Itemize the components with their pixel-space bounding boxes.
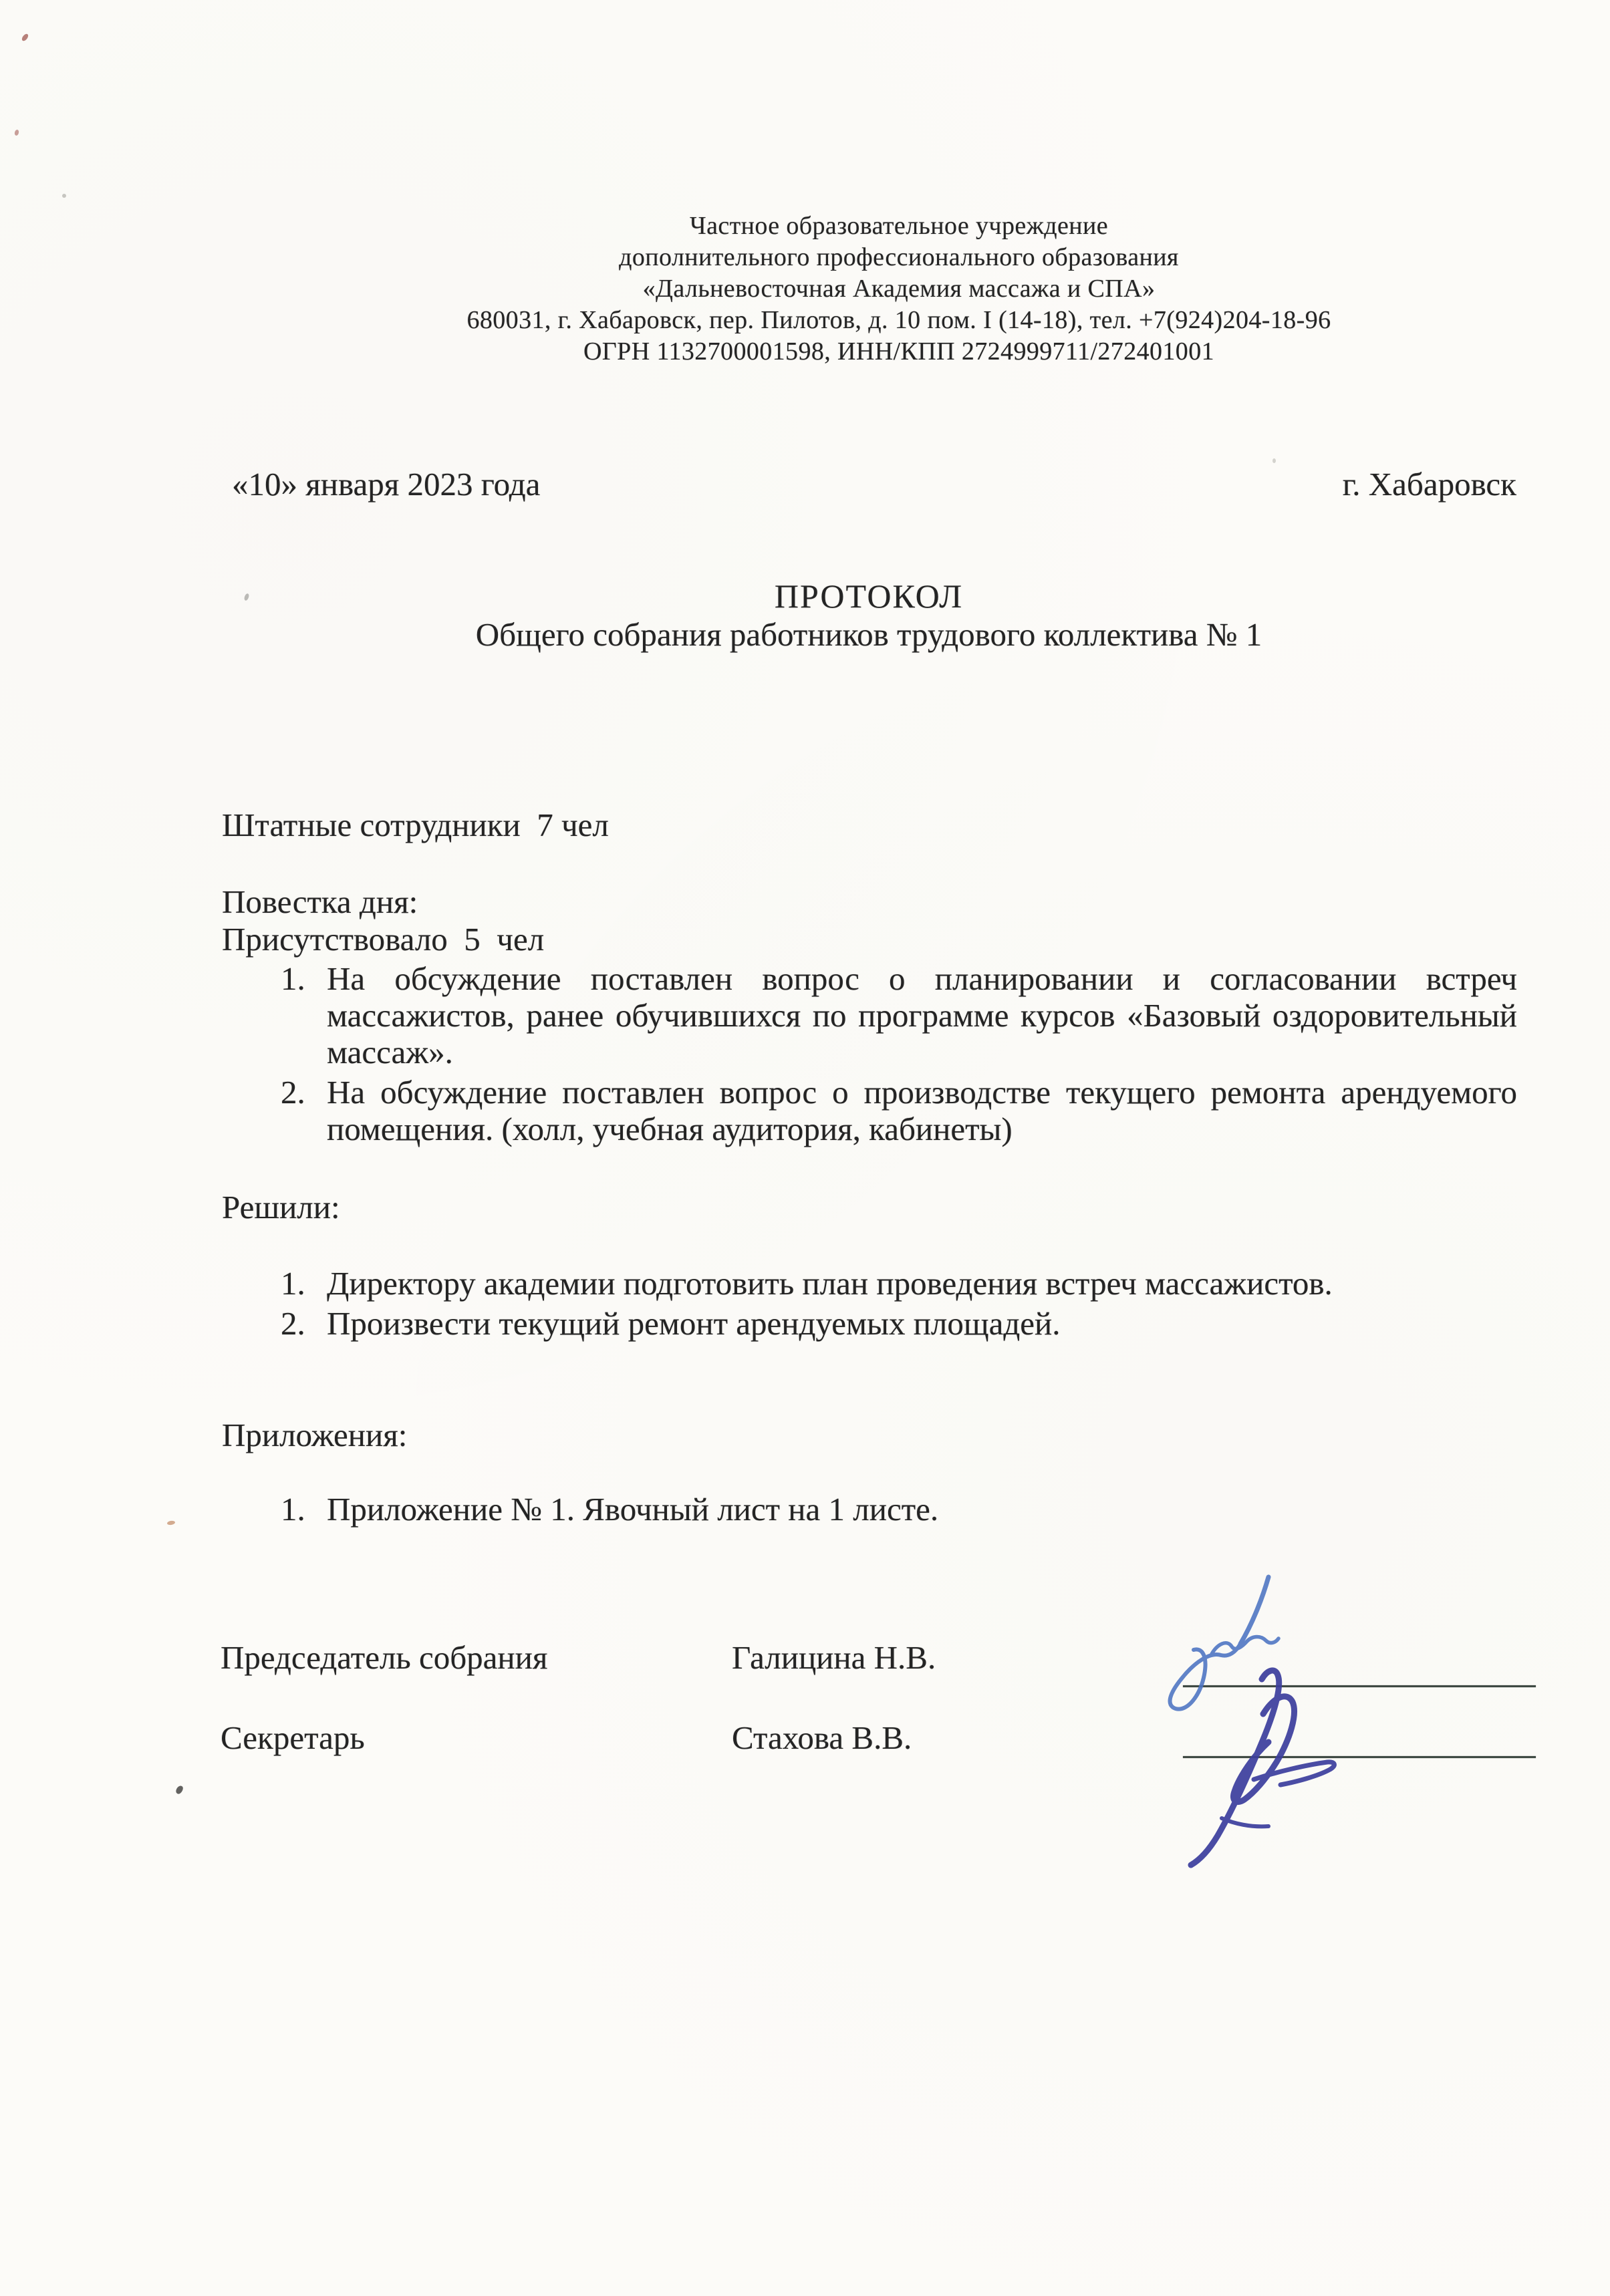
- signature-ink-secretary: [1123, 1667, 1417, 1868]
- scan-speck: [1272, 458, 1276, 463]
- scan-speck: [62, 194, 66, 198]
- dateline: «10» января 2023 года г. Хабаровск: [232, 467, 1516, 502]
- resolution-item-number: 1.: [281, 1265, 327, 1302]
- org-letterhead: Частное образовательное учреждение допол…: [281, 210, 1517, 368]
- attachment-item-number: 1.: [281, 1491, 327, 1528]
- document-date: «10» января 2023 года: [232, 467, 540, 502]
- agenda-item-text: На обсуждение поставлен вопрос о планиро…: [327, 960, 1517, 1070]
- agenda-item: 1. На обсуждение поставлен вопрос о план…: [281, 960, 1517, 1070]
- scan-speck: [175, 1785, 184, 1796]
- resolutions-list: 1. Директору академии подготовить план п…: [281, 1265, 1517, 1342]
- agenda-item-text: На обсуждение поставлен вопрос о произво…: [327, 1074, 1517, 1147]
- resolution-item-text: Произвести текущий ремонт арендуемых пло…: [327, 1305, 1517, 1342]
- org-ogrn-line: ОГРН 1132700001598, ИНН/КПП 2724999711/2…: [281, 336, 1517, 368]
- document-city: г. Хабаровск: [1343, 467, 1516, 502]
- org-address-line: 680031, г. Хабаровск, пер. Пилотов, д. 1…: [281, 305, 1517, 336]
- org-type-line: Частное образовательное учреждение: [281, 210, 1517, 242]
- attachments-heading: Приложения:: [222, 1417, 407, 1454]
- agenda-list: 1. На обсуждение поставлен вопрос о план…: [281, 960, 1517, 1147]
- resolution-item-text: Директору академии подготовить план пров…: [327, 1265, 1517, 1302]
- scan-speck: [167, 1520, 176, 1526]
- org-edu-line: дополнительного профессионального образо…: [281, 242, 1517, 273]
- scan-speck: [21, 33, 29, 42]
- attachments-list: 1. Приложение № 1. Явочный лист на 1 лис…: [281, 1491, 1517, 1528]
- agenda-item-number: 1.: [281, 960, 327, 997]
- scan-speck: [14, 129, 19, 136]
- agenda-item-number: 2.: [281, 1074, 327, 1111]
- resolutions-heading: Решили:: [222, 1189, 340, 1226]
- resolution-item: 2. Произвести текущий ремонт арендуемых …: [281, 1305, 1517, 1342]
- signature-role-chair: Председатель собрания: [221, 1641, 547, 1675]
- resolution-item-number: 2.: [281, 1305, 327, 1342]
- agenda-heading: Повестка дня:: [222, 883, 418, 921]
- attendance-present-line: Присутствовало 5 чел: [222, 920, 1492, 958]
- document-subtitle: Общего собрания работников трудового кол…: [221, 615, 1517, 654]
- attachment-item: 1. Приложение № 1. Явочный лист на 1 лис…: [281, 1491, 1517, 1528]
- scanned-protocol-page: Частное образовательное учреждение допол…: [0, 0, 1610, 2296]
- signature-name-secretary: Стахова В.В.: [732, 1721, 912, 1755]
- signature-name-chair: Галицина Н.В.: [732, 1641, 936, 1675]
- document-title: ПРОТОКОЛ: [221, 577, 1517, 615]
- resolution-item: 1. Директору академии подготовить план п…: [281, 1265, 1517, 1302]
- agenda-item: 2. На обсуждение поставлен вопрос о прои…: [281, 1074, 1517, 1147]
- org-name-line: «Дальневосточная Академия массажа и СПА»: [281, 273, 1517, 305]
- attendance-staff-line: Штатные сотрудники 7 чел: [222, 806, 1492, 844]
- signature-role-secretary: Секретарь: [221, 1721, 365, 1755]
- attachment-item-text: Приложение № 1. Явочный лист на 1 листе.: [327, 1491, 1517, 1528]
